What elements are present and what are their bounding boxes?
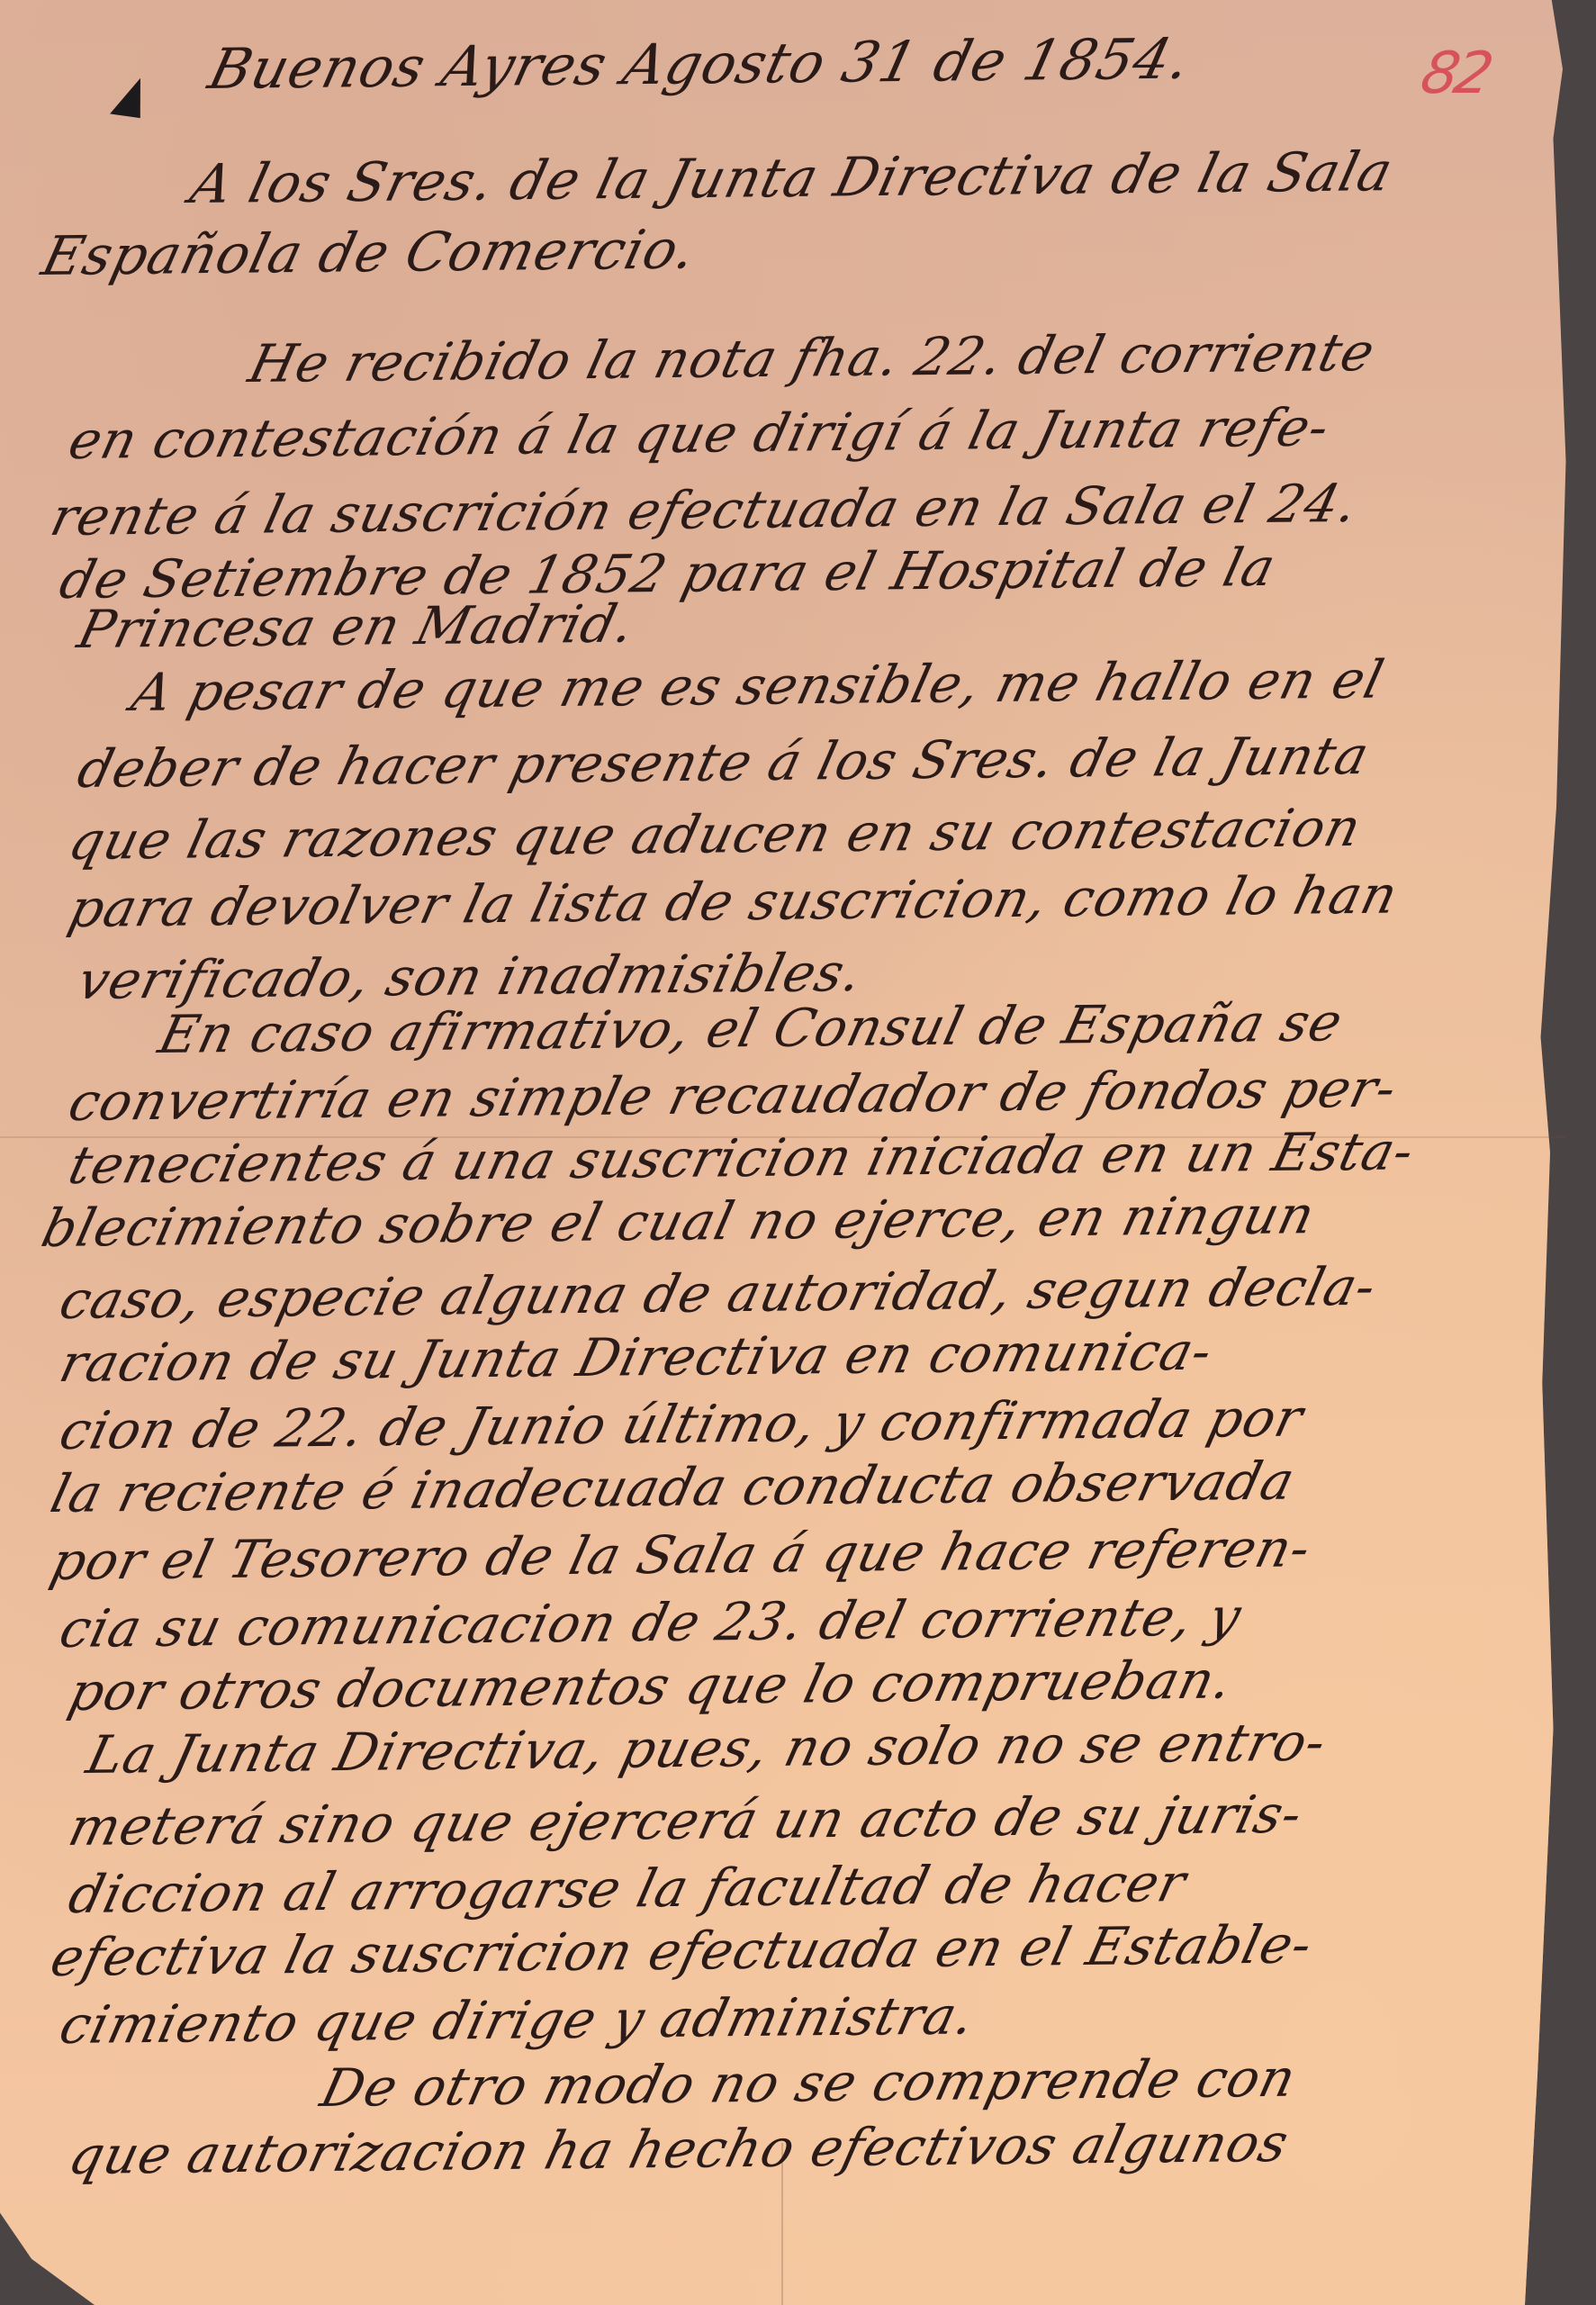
- body-line: meterá sino que ejercerá un acto de su j…: [63, 1784, 1309, 1858]
- body-line: En caso afirmativo, el Consul de España …: [153, 991, 1348, 1065]
- body-line: cia su comunicacion de 23. del corriente…: [54, 1586, 1248, 1659]
- dateline: Buenos Ayres Agosto 31 de 1854.: [203, 26, 1197, 102]
- body-line: que autorizacion ha hecho efectivos algu…: [63, 2112, 1294, 2186]
- folio-number: 82: [1415, 41, 1495, 107]
- paper-hole: [110, 75, 146, 118]
- body-line: cimiento que dirige y administra.: [54, 1984, 981, 2056]
- body-line: racion de su Junta Directiva en comunica…: [54, 1321, 1219, 1394]
- body-line: La Junta Directiva, pues, no solo no se …: [81, 1712, 1332, 1785]
- addressee-line-2: Española de Comercio.: [36, 218, 702, 288]
- addressee-line-1: A los Sres. de la Junta Directiva de la …: [185, 140, 1399, 216]
- body-line: Princesa en Madrid.: [72, 593, 641, 660]
- body-line: diccion al arrogarse la facultad de hace…: [63, 1852, 1193, 1925]
- body-line: De otro modo no se comprende con: [315, 2047, 1303, 2119]
- body-line: por otros documentos que lo comprueban.: [63, 1650, 1239, 1722]
- body-line: He recibido la nota fha. 22. del corrien…: [243, 321, 1381, 394]
